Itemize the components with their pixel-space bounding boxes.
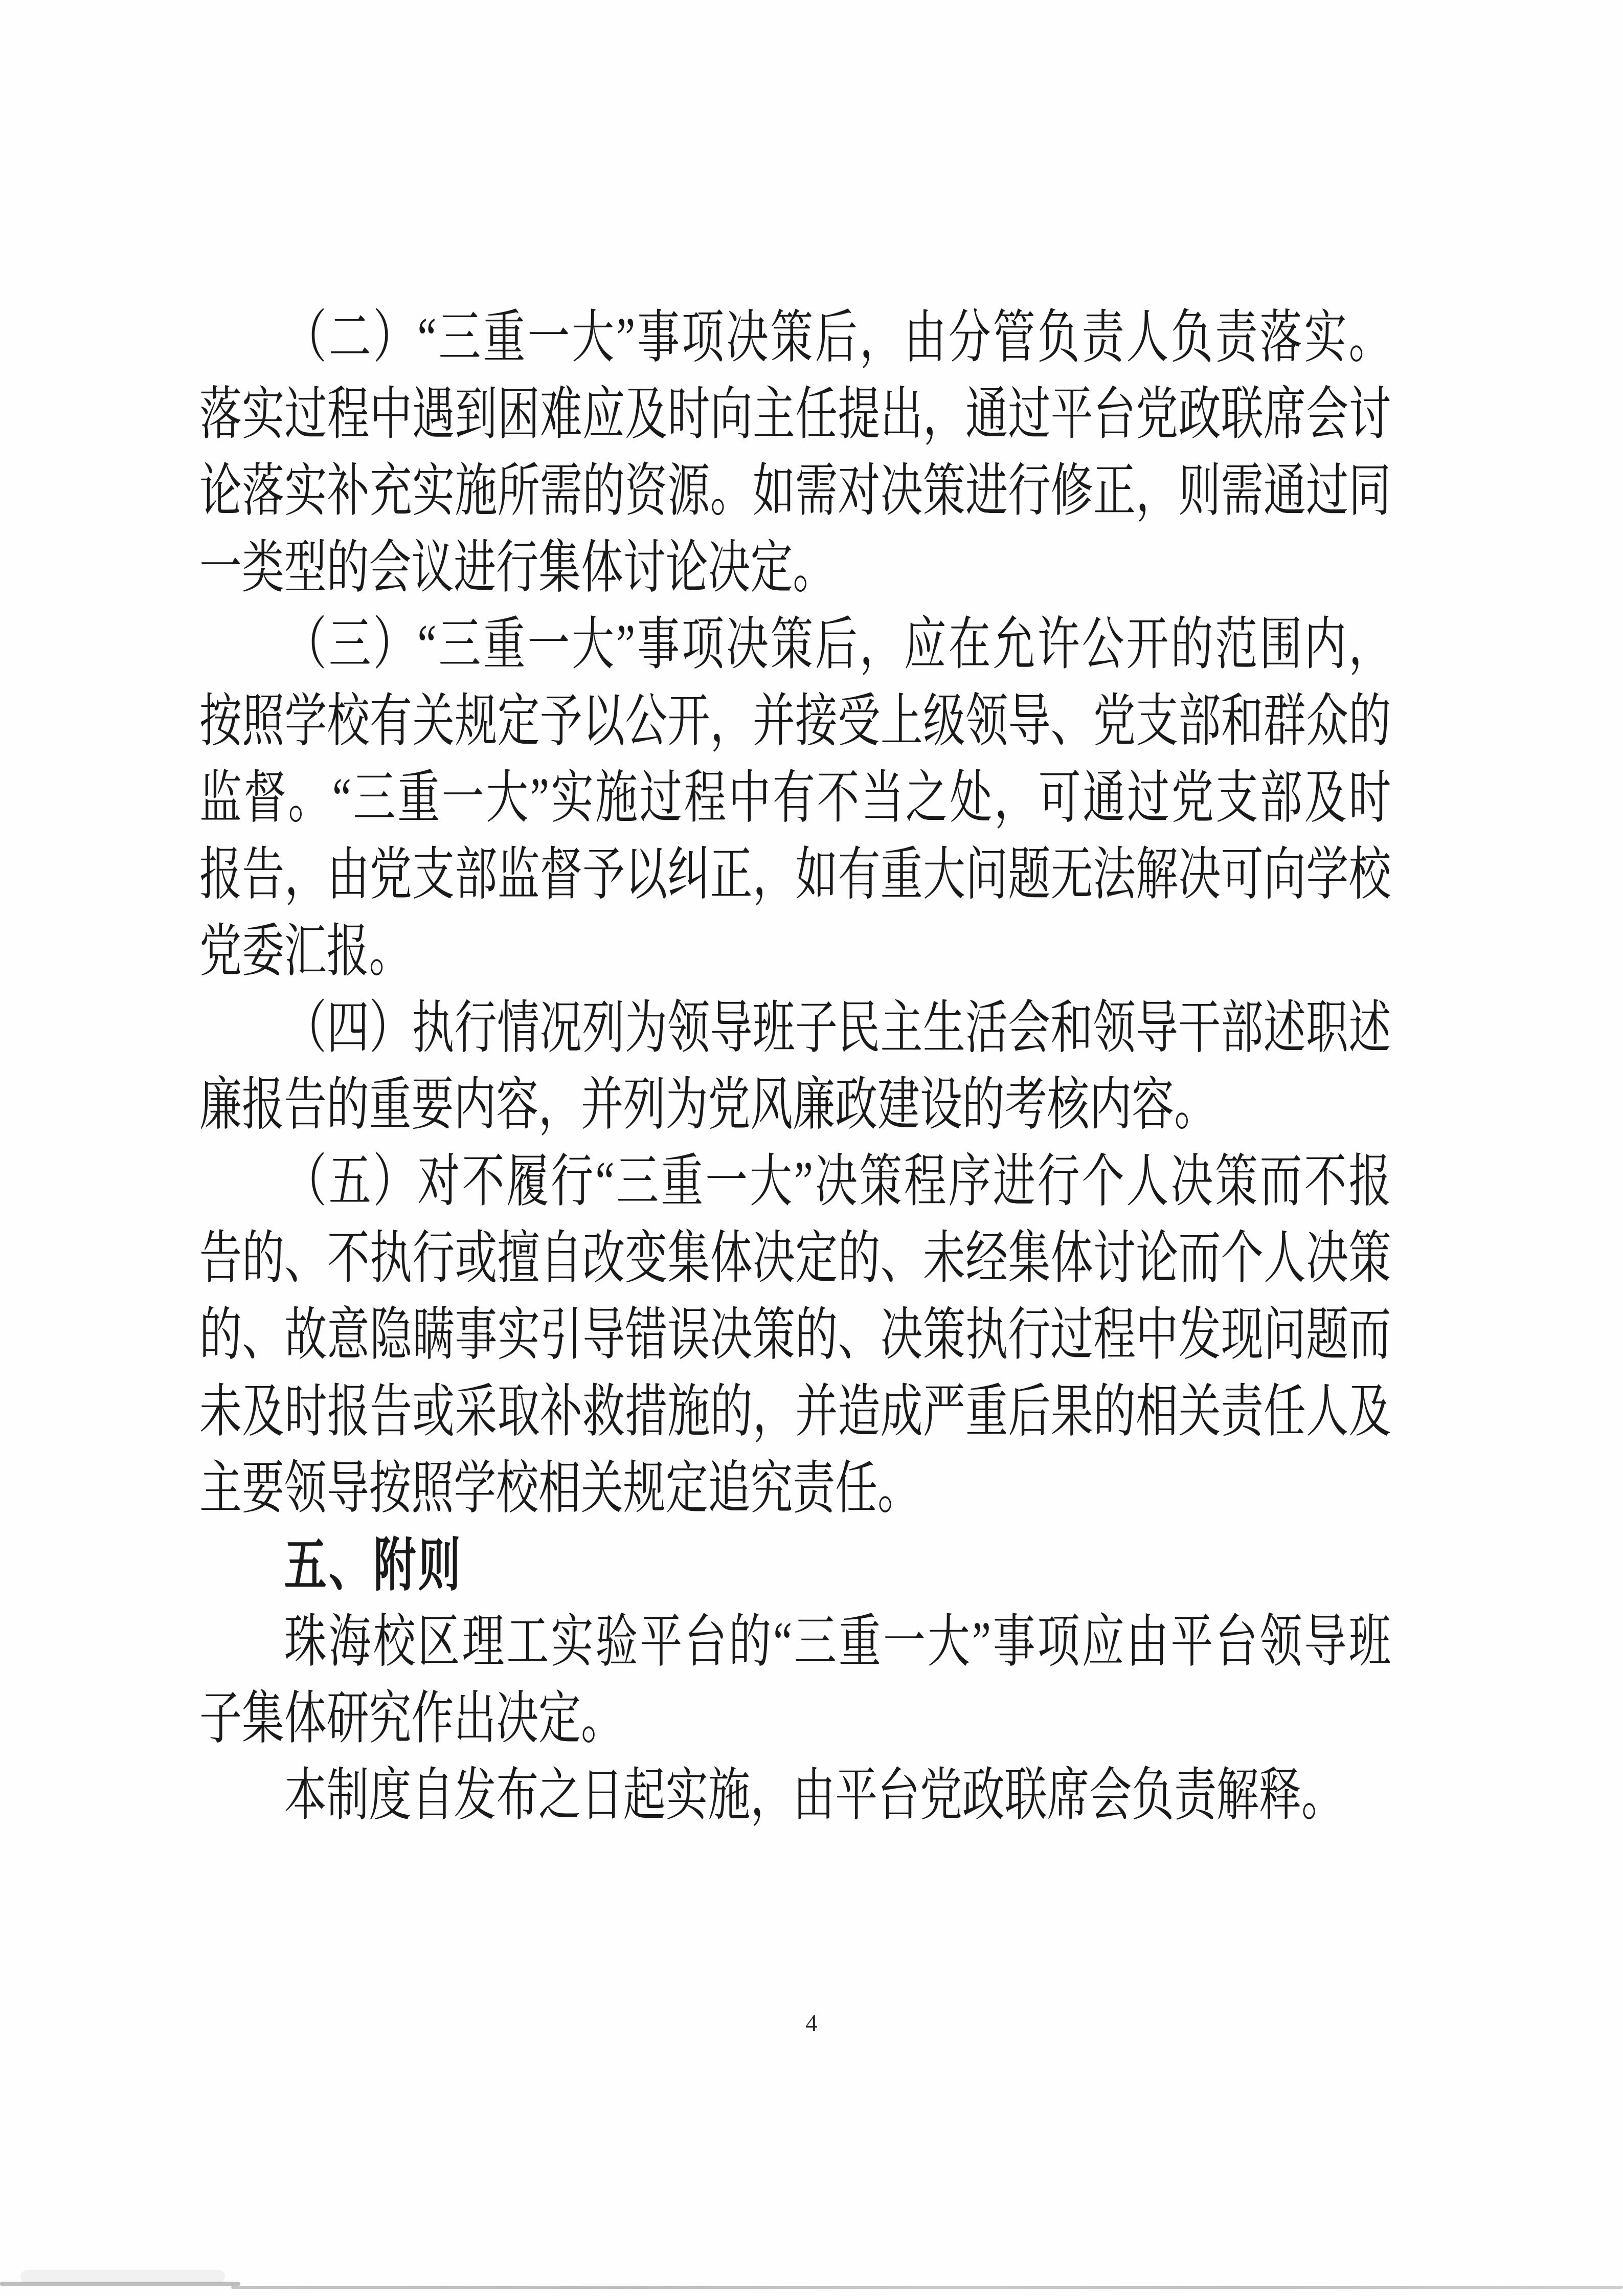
- text-line: 廉报告的重要内容，并列为党风廉政建设的考核内容。: [199, 1067, 1391, 1144]
- text-line: 落实过程中遇到困难应及时向主任提出，通过平台党政联席会讨: [199, 376, 1391, 453]
- text-line: （四）执行情况列为领导班子民主生活会和领导干部述职述: [199, 990, 1391, 1067]
- text-line: 党委汇报。: [199, 913, 1391, 990]
- text-line: 珠海校区理工实验平台的“三重一大”事项应由平台领导班: [199, 1604, 1391, 1681]
- page-number: 4: [0, 2009, 1623, 2038]
- text-line: （五）对不履行“三重一大”决策程序进行个人决策而不报: [199, 1144, 1391, 1220]
- text-line: 告的、不执行或擅自改变集体决定的、未经集体讨论而个人决策: [199, 1220, 1391, 1297]
- text-line: 主要领导按照学校相关规定追究责任。: [199, 1451, 1391, 1527]
- scan-artifact-line: [231, 2286, 1623, 2289]
- text-line: 本制度自发布之日起实施，由平台党政联席会负责解释。: [199, 1757, 1391, 1834]
- text-line: 的、故意隐瞒事实引导错误决策的、决策执行过程中发现问题而: [199, 1297, 1391, 1374]
- text-line: 按照学校有关规定予以公开，并接受上级领导、党支部和群众的: [199, 683, 1391, 760]
- text-line: 报告，由党支部监督予以纠正，如有重大问题无法解决可向学校: [199, 837, 1391, 913]
- document-body: （二）“三重一大”事项决策后，由分管负责人负责落实。落实过程中遇到困难应及时向主…: [199, 300, 1391, 1834]
- text-line: 监督。“三重一大”实施过程中有不当之处，可通过党支部及时: [199, 760, 1391, 837]
- text-line: （二）“三重一大”事项决策后，由分管负责人负责落实。: [199, 300, 1391, 376]
- text-line: （三）“三重一大”事项决策后，应在允许公开的范围内，: [199, 607, 1391, 683]
- scanned-document-page: （二）“三重一大”事项决策后，由分管负责人负责落实。落实过程中遇到困难应及时向主…: [0, 0, 1623, 2296]
- text-line: 未及时报告或采取补救措施的，并造成严重后果的相关责任人及: [199, 1374, 1391, 1451]
- scan-artifact-line-left: [0, 2282, 240, 2286]
- text-line: 一类型的会议进行集体讨论决定。: [199, 530, 1391, 607]
- section-heading: 五、附则: [199, 1527, 1391, 1604]
- text-line: 子集体研究作出决定。: [199, 1681, 1391, 1757]
- text-line: 论落实补充实施所需的资源。如需对决策进行修正，则需通过同: [199, 453, 1391, 530]
